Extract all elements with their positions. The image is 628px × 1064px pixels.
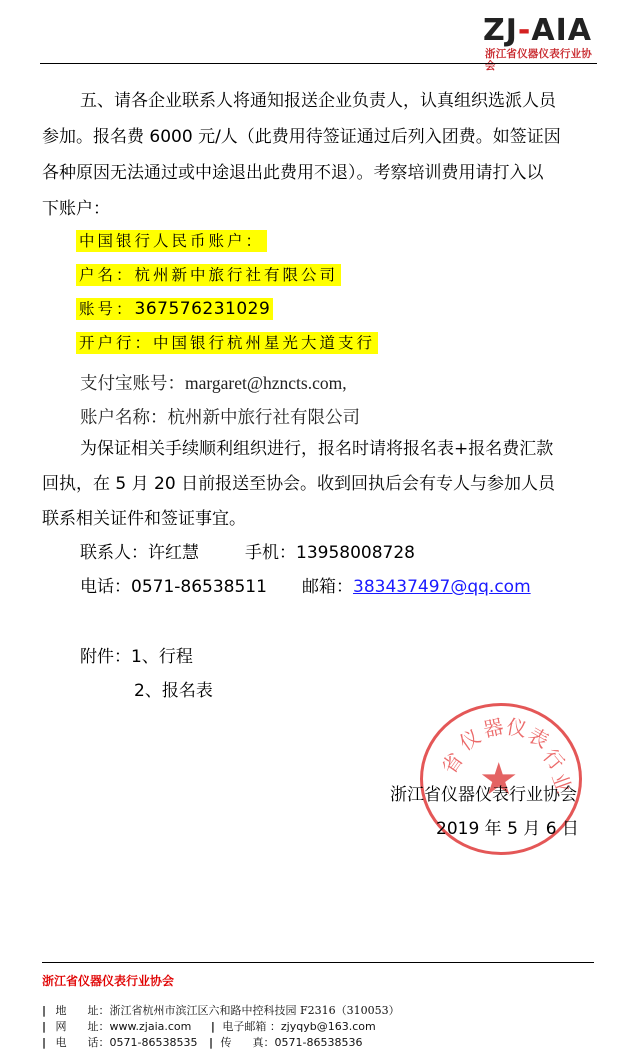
bank-account-number: 账号：367576231029 — [76, 294, 273, 324]
bank-branch: 开户行：中国银行杭州星光大道支行 — [76, 328, 378, 358]
alipay-name: 账户名称：杭州新中旅行社有限公司 — [80, 404, 360, 429]
para1-line3: 各种原因无法通过或中途退出此费用不退）。考察培训费用请打入以 — [42, 156, 544, 190]
address-label: 地 址： — [56, 1004, 110, 1017]
logo-mark: ZJ-AIA — [483, 16, 595, 46]
logo-subtitle: 浙江省仪器仪表行业协会 — [485, 48, 595, 72]
para2-line3: 联系相关证件和签证事宜。 — [42, 502, 246, 536]
para1-line4: 下账户： — [42, 192, 110, 226]
bar: | — [211, 1020, 215, 1033]
footer-web: | 网 址：www.zjaia.com | 电子邮箱 ：zjyqyb@163.c… — [42, 1019, 376, 1035]
fax-label: 传 真： — [221, 1036, 275, 1049]
para2-line1: 为保证相关手续顺利组织进行，报名时请将报名表+报名费汇款 — [80, 432, 553, 466]
bar: | — [42, 1004, 46, 1017]
web-label: 网 址： — [56, 1020, 110, 1033]
bank-account-name: 户名：杭州新中旅行社有限公司 — [76, 260, 341, 290]
contact-phone: 电话：0571-86538511 — [80, 570, 267, 604]
para1-line1: 五、请各企业联系人将通知报送企业负责人，认真组织选派人员 — [80, 84, 556, 118]
para2-line2: 回执，在 5 月 20 日前报送至协会。收到回执后会有专人与参加人员 — [42, 467, 555, 501]
contact-email: 邮箱：383437497@qq.com — [302, 570, 531, 604]
footer-address: | 地 址：浙江省杭州市滨江区六和路中控科技园 F2316（310053） — [42, 1003, 400, 1019]
header-divider — [40, 63, 597, 64]
signature-org: 浙江省仪器仪表行业协会 — [390, 778, 577, 812]
footer-email-value[interactable]: zjyqyb@163.com — [281, 1020, 376, 1033]
alipay-account: 支付宝账号：margaret@hzncts.com, — [80, 370, 347, 395]
tel-label: 电 话： — [56, 1036, 110, 1049]
address-value: 浙江省杭州市滨江区六和路中控科技园 F2316（310053） — [110, 1004, 400, 1017]
email-link[interactable]: 383437497@qq.com — [353, 577, 531, 597]
contact-person: 联系人：许红慧 — [80, 536, 199, 570]
footer-divider — [42, 962, 594, 963]
fax-value: 0571-86538536 — [274, 1036, 362, 1049]
web-value[interactable]: www.zjaia.com — [110, 1020, 192, 1033]
seal-char: 器 — [480, 710, 506, 743]
bar: | — [209, 1036, 213, 1049]
email-label: 邮箱： — [302, 577, 353, 597]
seal-char: 仪 — [452, 721, 485, 756]
bar: | — [42, 1020, 46, 1033]
footer-phone: | 电 话：0571-86538535 | 传 真：0571-86538536 — [42, 1035, 362, 1051]
footer-org-name: 浙江省仪器仪表行业协会 — [42, 972, 174, 989]
para1-line2: 参加。报名费 6000 元/人（此费用待签证通过后列入团费。如签证因 — [42, 120, 561, 154]
signature-date: 2019 年 5 月 6 日 — [436, 812, 579, 846]
attachment-2: 2、报名表 — [134, 674, 213, 708]
bar: | — [42, 1036, 46, 1049]
seal-char: 省 — [433, 746, 468, 779]
bank-title: 中国银行人民币账户： — [76, 226, 267, 256]
tel-value: 0571-86538535 — [110, 1036, 198, 1049]
attachment-1: 附件：1、行程 — [80, 640, 193, 674]
association-logo: ZJ-AIA 浙江省仪器仪表行业协会 — [483, 16, 595, 64]
footer-email-label: 电子邮箱 ： — [222, 1020, 281, 1033]
contact-mobile: 手机：13958008728 — [245, 536, 415, 570]
